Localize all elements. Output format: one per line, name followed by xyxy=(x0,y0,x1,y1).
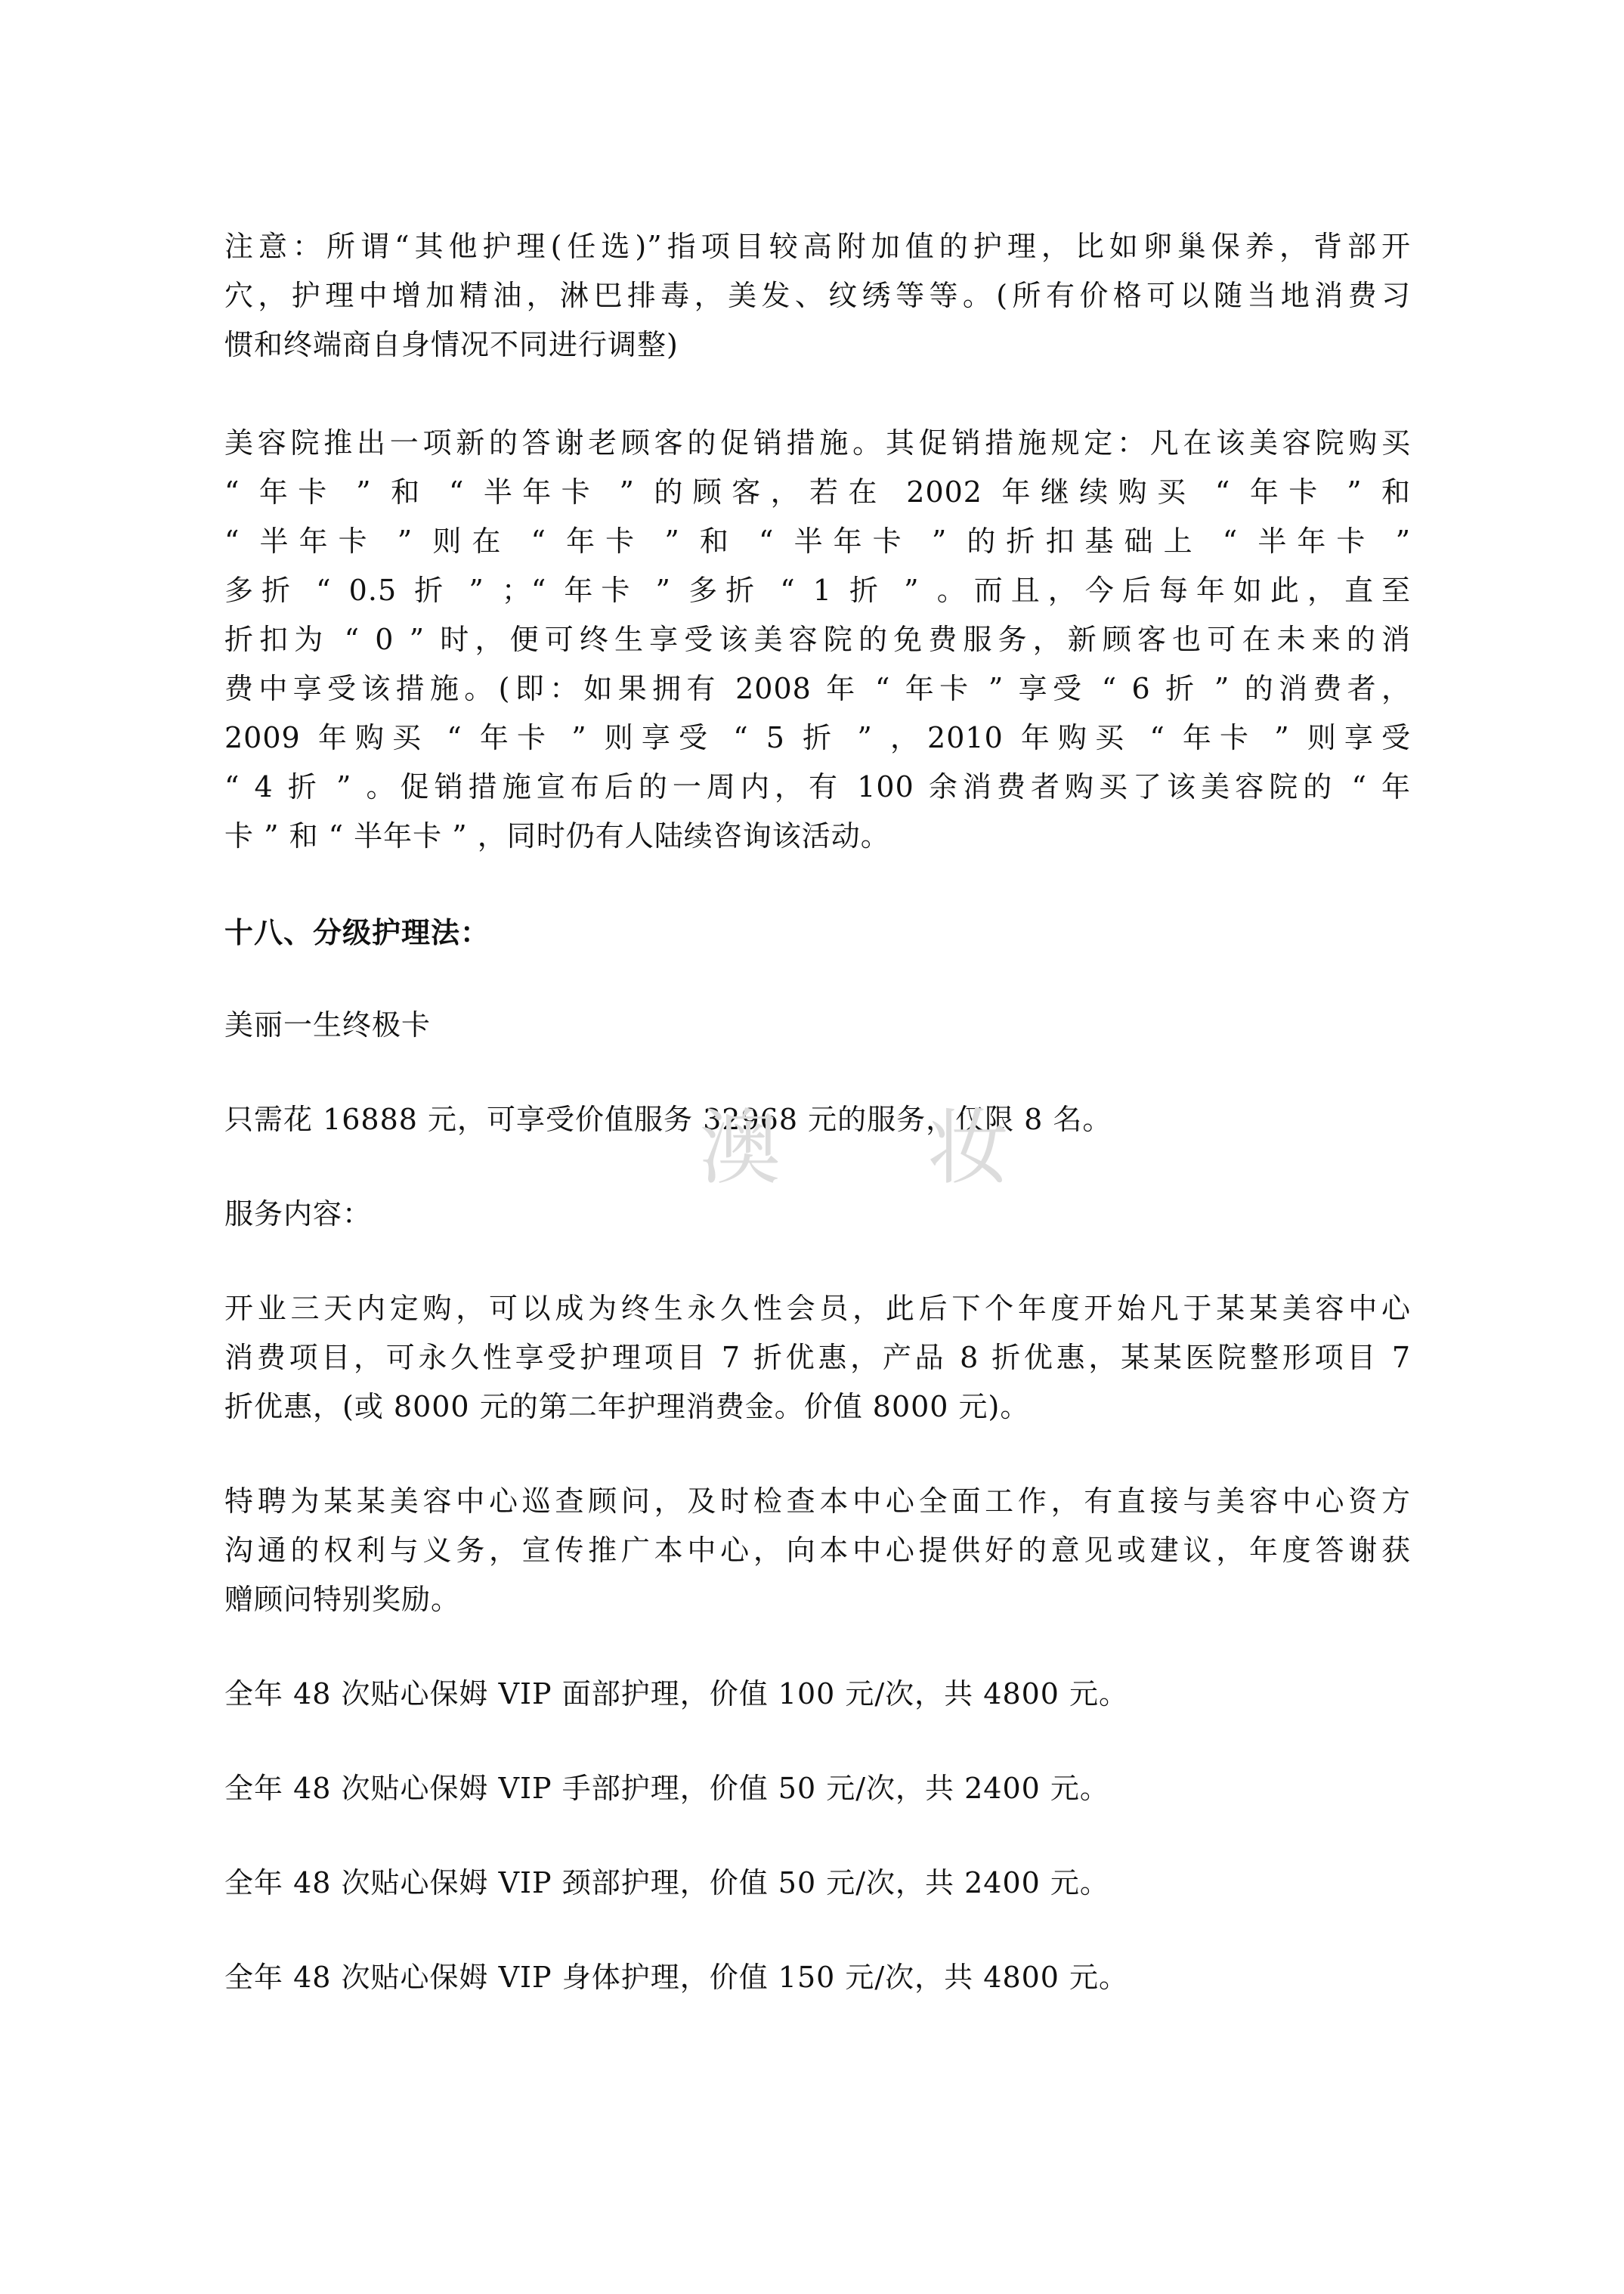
service-item-hand: 全年 48 次贴心保姆 VIP 手部护理，价值 50 元/次，共 2400 元。 xyxy=(224,1770,1411,1806)
service-item-face: 全年 48 次贴心保姆 VIP 面部护理，价值 100 元/次，共 4800 元… xyxy=(224,1676,1411,1712)
membership-line-2: 消费项目，可永久性享受护理项目 7 折优惠，产品 8 折优惠，某某医院整形项目 … xyxy=(224,1339,1411,1376)
note-line-1: 注意：所谓“其他护理(任选)”指项目较高附加值的护理，比如卵巢保养，背部开 xyxy=(224,228,1411,265)
membership-line-1: 开业三天内定购，可以成为终生永久性会员，此后下个年度开始凡于某某美容中心 xyxy=(224,1290,1411,1327)
promo-line-1: 美容院推出一项新的答谢老顾客的促销措施。其促销措施规定：凡在该美容院购买 xyxy=(224,425,1411,461)
section-heading: 十八、分级护理法： xyxy=(224,915,1411,951)
service-item-neck: 全年 48 次贴心保姆 VIP 颈部护理，价值 50 元/次，共 2400 元。 xyxy=(224,1865,1411,1901)
promo-line-6: 费中享受该措施。(即：如果拥有 2008 年 “ 年卡 ” 享受 “ 6 折 ”… xyxy=(224,670,1411,707)
promo-line-9: 卡 ” 和 “ 半年卡 ” ，同时仍有人陆续咨询该活动。 xyxy=(224,818,1411,854)
card-title: 美丽一生终极卡 xyxy=(224,1007,1411,1043)
consultant-line-1: 特聘为某某美容中心巡查顾问，及时检查本中心全面工作，有直接与美容中心资方 xyxy=(224,1483,1411,1519)
service-label: 服务内容： xyxy=(224,1196,1411,1232)
note-line-2: 穴，护理中增加精油，淋巴排毒，美发、纹绣等等。(所有价格可以随当地消费习 xyxy=(224,277,1411,314)
document-page: 注意：所谓“其他护理(任选)”指项目较高附加值的护理，比如卵巢保养，背部开 穴，… xyxy=(0,0,1624,2294)
promo-line-8: “ 4 折 ” 。促销措施宣布后的一周内，有 100 余消费者购买了该美容院的 … xyxy=(224,769,1411,805)
promo-line-4: 多折 “ 0.5 折 ” ；“ 年卡 ” 多折 “ 1 折 ” 。而且，今后每年… xyxy=(224,572,1411,608)
membership-line-3: 折优惠，(或 8000 元的第二年护理消费金。价值 8000 元)。 xyxy=(224,1388,1411,1425)
promo-line-3: “ 半年卡 ” 则在 “ 年卡 ” 和 “ 半年卡 ” 的折扣基础上 “ 半年卡… xyxy=(224,523,1411,559)
service-item-body: 全年 48 次贴心保姆 VIP 身体护理，价值 150 元/次，共 4800 元… xyxy=(224,1959,1411,1995)
promo-line-5: 折扣为 “ 0 ” 时，便可终生享受该美容院的免费服务，新顾客也可在未来的消 xyxy=(224,621,1411,658)
promo-line-7: 2009 年购买 “ 年卡 ” 则享受 “ 5 折 ” ，2010 年购买 “ … xyxy=(224,720,1411,756)
note-line-3: 惯和终端商自身情况不同进行调整) xyxy=(224,327,1411,363)
consultant-line-2: 沟通的权利与义务，宣传推广本中心，向本中心提供好的意见或建议，年度答谢获 xyxy=(224,1532,1411,1568)
consultant-line-3: 赠顾问特别奖励。 xyxy=(224,1581,1411,1618)
watermark: 澳 妆 xyxy=(699,1104,1069,1194)
promo-line-2: “ 年卡 ” 和 “ 半年卡 ” 的顾客，若在 2002 年继续购买 “ 年卡 … xyxy=(224,474,1411,510)
